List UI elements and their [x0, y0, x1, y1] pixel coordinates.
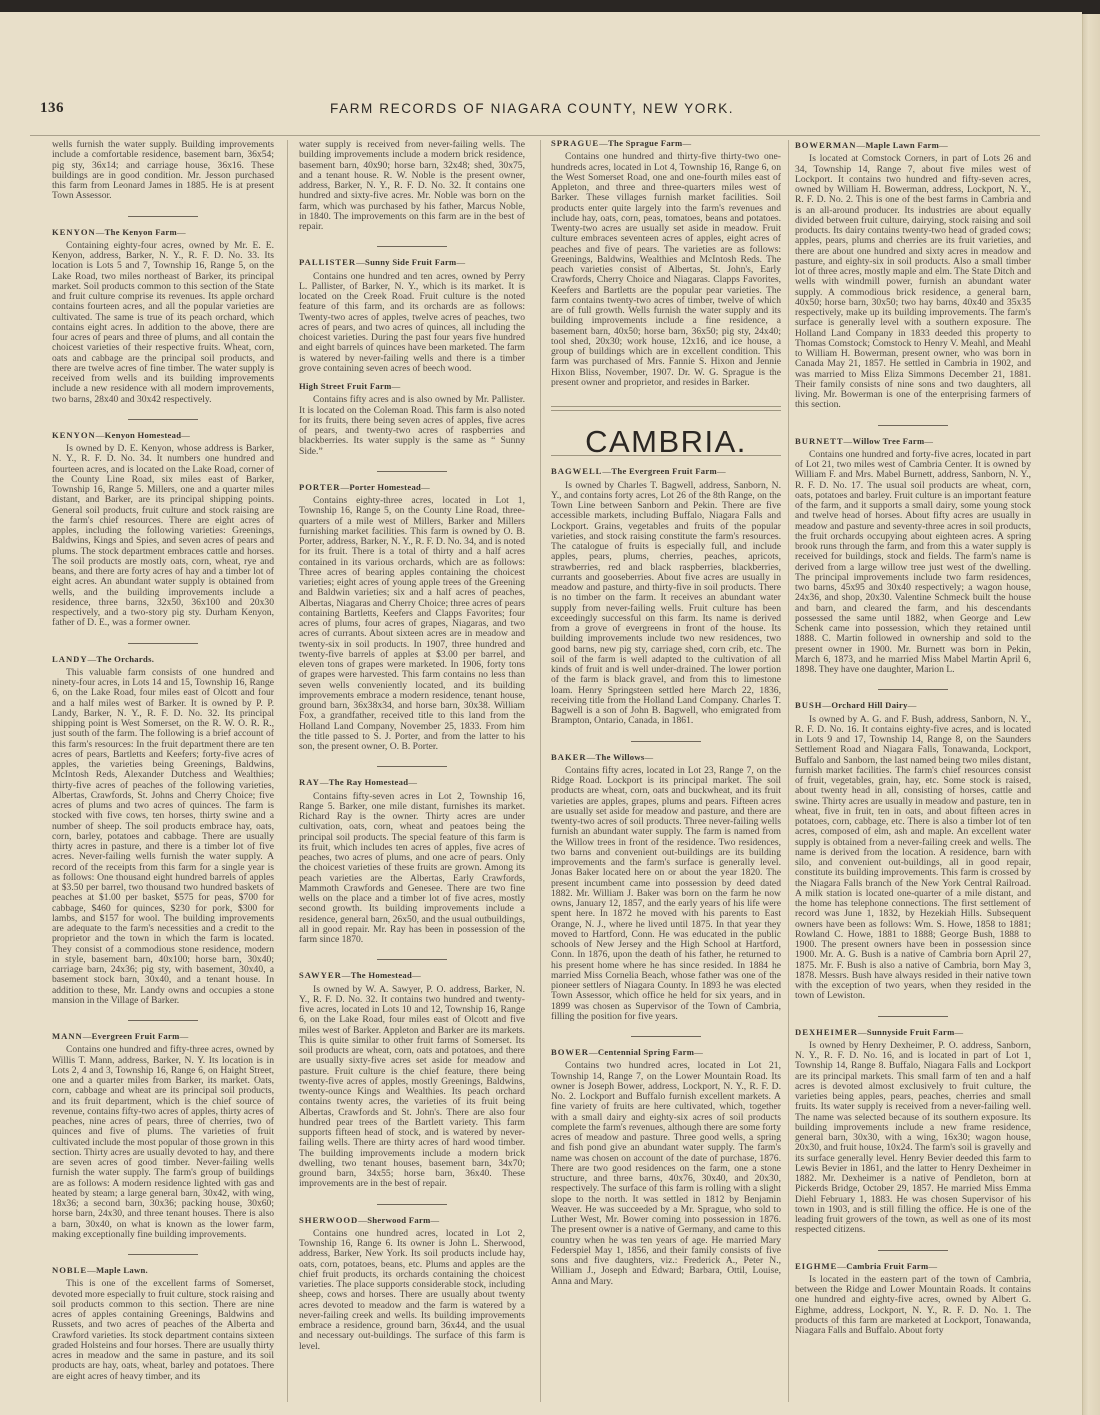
entry-title: BOWER—Centennial Spring Farm—	[551, 1047, 781, 1057]
separator	[128, 643, 198, 644]
column-divider	[788, 140, 789, 1402]
column-3: SPRAGUE—The Sprague Farm— Contains one h…	[551, 140, 781, 1293]
entry-title: BUSH—Orchard Hill Dairy—	[795, 700, 1031, 710]
entry-title: PALLISTER—Sunny Side Fruit Farm—	[299, 257, 525, 267]
separator	[128, 1254, 198, 1255]
entry-text: Is owned by Henry Dexheimer, P. O. addre…	[795, 1041, 1031, 1236]
farm-entry-eighme: EIGHME—Cambria Fruit Farm— Is located in…	[795, 1261, 1031, 1337]
header-rule	[30, 135, 1040, 136]
farm-entry-kenyon-farm: KENYON—The Kenyon Farm— Containing eight…	[52, 227, 274, 405]
farm-entry-pallister: PALLISTER—Sunny Side Fruit Farm— Contain…	[299, 257, 525, 457]
entry-title: SPRAGUE—The Sprague Farm—	[551, 138, 781, 148]
entry-title: MANN—Evergreen Fruit Farm—	[52, 1031, 274, 1041]
entry-title: PORTER—Porter Homestead—	[299, 482, 525, 492]
entry-text: Is located at Comstock Corners, in part …	[795, 154, 1031, 410]
separator	[878, 1016, 948, 1017]
entry-title: LANDY—The Orchards.	[52, 654, 274, 664]
farm-entry-burnett: BURNETT—Willow Tree Farm— Contains one h…	[795, 436, 1031, 676]
separator	[377, 1204, 447, 1205]
farm-entry-noble: NOBLE—Maple Lawn. This is one of the exc…	[52, 1265, 274, 1382]
separator	[377, 471, 447, 472]
column-1: wells furnish the water supply. Building…	[52, 140, 274, 1388]
entry-text: Is located in the eastern part of the to…	[795, 1275, 1031, 1337]
farm-entry-sprague: SPRAGUE—The Sprague Farm— Contains one h…	[551, 138, 781, 388]
page-header: 136 FARM RECORDS OF NIAGARA COUNTY, NEW …	[40, 100, 1040, 130]
entry-title: RAY—The Ray Homestead—	[299, 777, 525, 787]
entry-text: Contains one hundred and ten acres, owne…	[299, 272, 525, 375]
column-4: BOWERMAN—Maple Lawn Farm— Is located at …	[795, 140, 1031, 1342]
entry-title: BOWERMAN—Maple Lawn Farm—	[795, 140, 1031, 150]
entry-text: Contains fifty acres, located in Lot 23,…	[551, 766, 781, 1022]
separator	[128, 419, 198, 420]
farm-entry-kenyon-homestead: KENYON—Kenyon Homestead— Is owned by D. …	[52, 430, 274, 629]
entry-title: KENYON—Kenyon Homestead—	[52, 430, 274, 440]
separator	[631, 1036, 701, 1037]
farm-entry-bowerman: BOWERMAN—Maple Lawn Farm— Is located at …	[795, 140, 1031, 411]
separator	[128, 216, 198, 217]
entry-text: Contains one hundred and thirty-five thi…	[551, 152, 781, 388]
entry-text: This valuable farm consists of one hundr…	[52, 668, 274, 1006]
separator	[377, 766, 447, 767]
farm-entry-sherwood: SHERWOOD—Sherwood Farm— Contains one hun…	[299, 1215, 525, 1352]
entry-text: Contains fifty-seven acres in Lot 2, Tow…	[299, 792, 525, 946]
entry-title: BAKER—The Willows—	[551, 752, 781, 762]
farm-entry-landy: LANDY—The Orchards. This valuable farm c…	[52, 654, 274, 1007]
entry-title: BAGWELL—The Evergreen Fruit Farm—	[551, 466, 781, 476]
farm-entry-dexheimer: DEXHEIMER—Sunnyside Fruit Farm— Is owned…	[795, 1027, 1031, 1236]
farm-entry-porter: PORTER—Porter Homestead— Contains eighty…	[299, 482, 525, 753]
entry-text: Contains one hundred acres, located in L…	[299, 1229, 525, 1352]
farm-entry-mann: MANN—Evergreen Fruit Farm— Contains one …	[52, 1031, 274, 1240]
entry-title: SAWYER—The Homestead—	[299, 970, 525, 980]
document-page: 136 FARM RECORDS OF NIAGARA COUNTY, NEW …	[0, 12, 1082, 1415]
farm-entry-sawyer: SAWYER—The Homestead— Is owned by W. A. …	[299, 970, 525, 1189]
farm-entry-baker: BAKER—The Willows— Contains fifty acres,…	[551, 752, 781, 1023]
farm-entry-bower: BOWER—Centennial Spring Farm— Contains t…	[551, 1047, 781, 1287]
entry-text: Is owned by A. G. and F. Bush, address, …	[795, 715, 1031, 1002]
running-title: FARM RECORDS OF NIAGARA COUNTY, NEW YORK…	[330, 101, 734, 116]
sub-entry-text: Contains fifty acres and is also owned b…	[299, 395, 525, 457]
separator	[377, 246, 447, 247]
page-number: 136	[40, 100, 64, 117]
entry-text: Contains one hundred and forty-five acre…	[795, 450, 1031, 676]
separator	[631, 741, 701, 742]
separator	[128, 1020, 198, 1021]
lead-paragraph: water supply is received from never-fail…	[299, 140, 525, 232]
entry-text: This is one of the excellent farms of So…	[52, 1279, 274, 1382]
farm-entry-bagwell: BAGWELL—The Evergreen Fruit Farm— Is own…	[551, 466, 781, 726]
entry-text: Contains eighty-three acres, located in …	[299, 496, 525, 752]
entry-title: EIGHME—Cambria Fruit Farm—	[795, 1261, 1031, 1271]
column-divider	[540, 140, 541, 1402]
entry-title: BURNETT—Willow Tree Farm—	[795, 436, 1031, 446]
column-divider	[287, 140, 288, 1402]
sub-entry-title: High Street Fruit Farm—	[299, 381, 525, 391]
separator	[878, 425, 948, 426]
separator	[377, 959, 447, 960]
entry-text: Is owned by Charles T. Bagwell, address,…	[551, 481, 781, 727]
separator	[878, 1250, 948, 1251]
farm-entry-bush: BUSH—Orchard Hill Dairy— Is owned by A. …	[795, 700, 1031, 1001]
section-heading-cambria: CAMBRIA.	[551, 437, 781, 447]
lead-paragraph: wells furnish the water supply. Building…	[52, 140, 274, 202]
page-edge	[1082, 14, 1100, 1415]
separator	[878, 689, 948, 690]
entry-title: KENYON—The Kenyon Farm—	[52, 227, 274, 237]
entry-text: Contains one hundred and fifty-three acr…	[52, 1045, 274, 1240]
section-rule	[551, 406, 781, 411]
entry-text: Containing eighty-four acres, owned by M…	[52, 241, 274, 405]
entry-title: DEXHEIMER—Sunnyside Fruit Farm—	[795, 1027, 1031, 1037]
entry-title: NOBLE—Maple Lawn.	[52, 1265, 274, 1275]
column-2: water supply is received from never-fail…	[299, 140, 525, 1358]
entry-text: Is owned by D. E. Kenyon, whose address …	[52, 444, 274, 629]
farm-entry-ray: RAY—The Ray Homestead— Contains fifty-se…	[299, 777, 525, 945]
entry-text: Contains two hundred acres, located in L…	[551, 1061, 781, 1287]
entry-title: SHERWOOD—Sherwood Farm—	[299, 1215, 525, 1225]
entry-text: Is owned by W. A. Sawyer, P. O. address,…	[299, 985, 525, 1190]
